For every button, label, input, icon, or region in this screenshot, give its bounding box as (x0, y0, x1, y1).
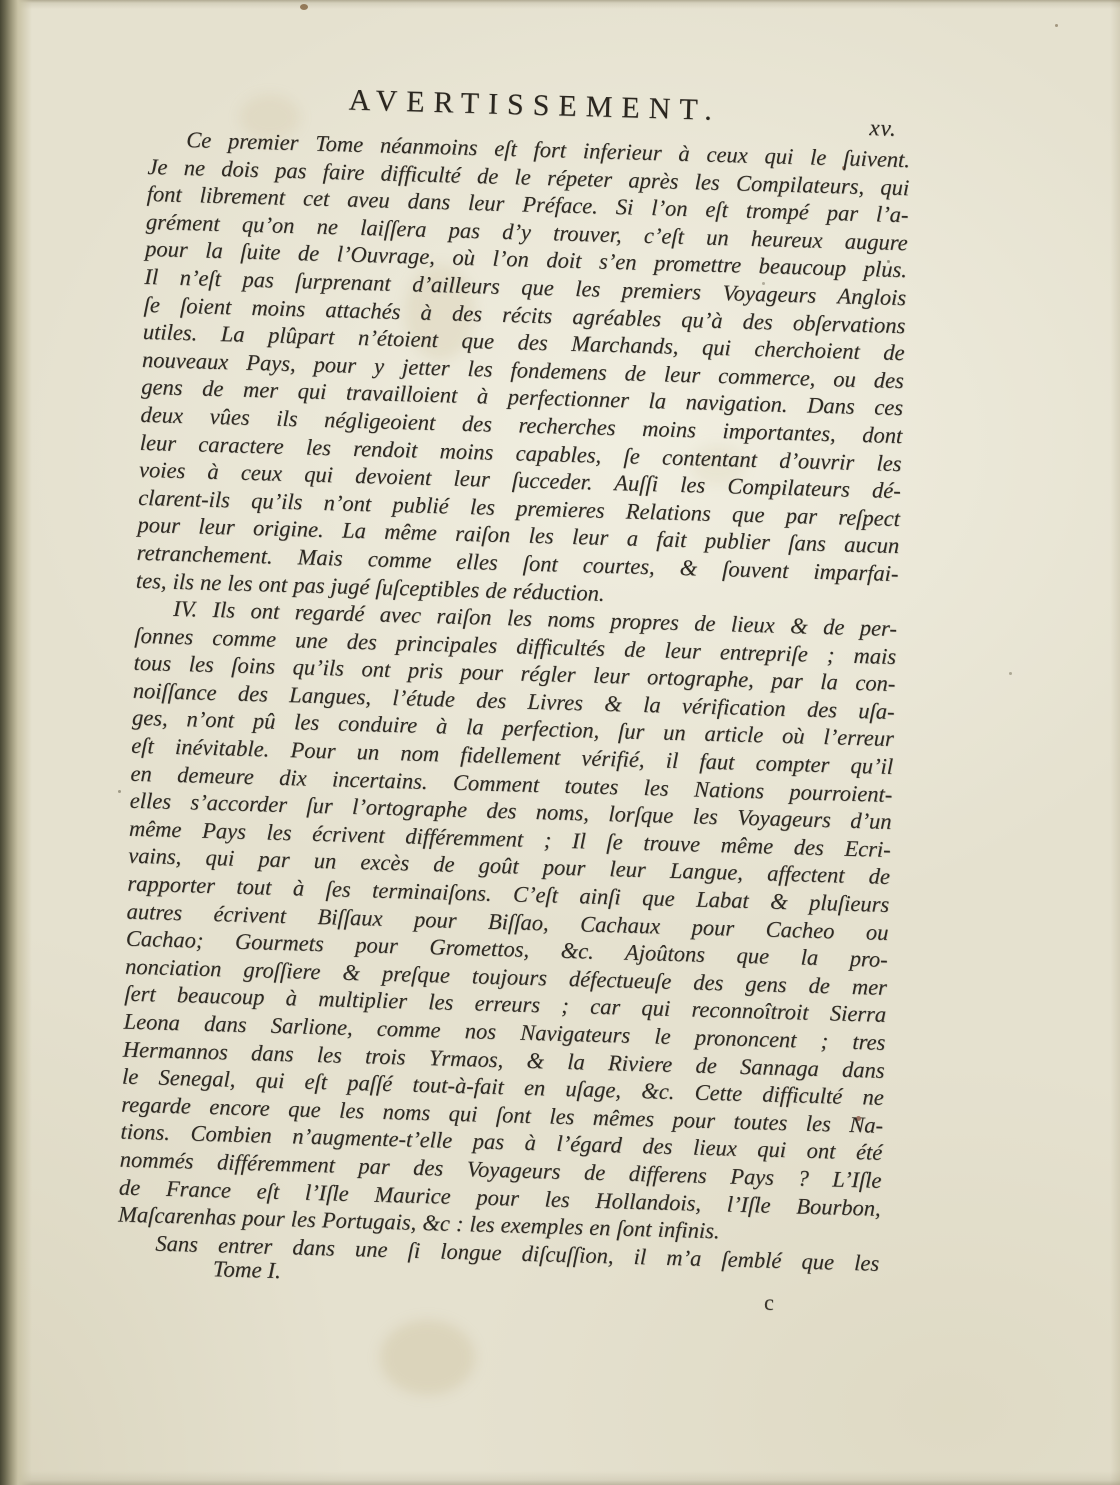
paper-speck (118, 790, 121, 793)
book-page: AVERTISSEMENT. xv. Ce premier Tome néanm… (0, 0, 1120, 1485)
body-text: Ce premier Tome néanmoins eſt fort infer… (117, 125, 910, 1277)
volume-signature: Tome I. (212, 1257, 281, 1285)
paper-speck (1009, 672, 1012, 675)
printed-text-block: AVERTISSEMENT. xv. Ce premier Tome néanm… (115, 78, 912, 1347)
page-title: AVERTISSEMENT. (149, 78, 912, 133)
paper-speck (300, 4, 308, 10)
paper-speck (1055, 24, 1058, 27)
page-number: xv. (869, 115, 897, 142)
catchword: c (764, 1290, 774, 1316)
